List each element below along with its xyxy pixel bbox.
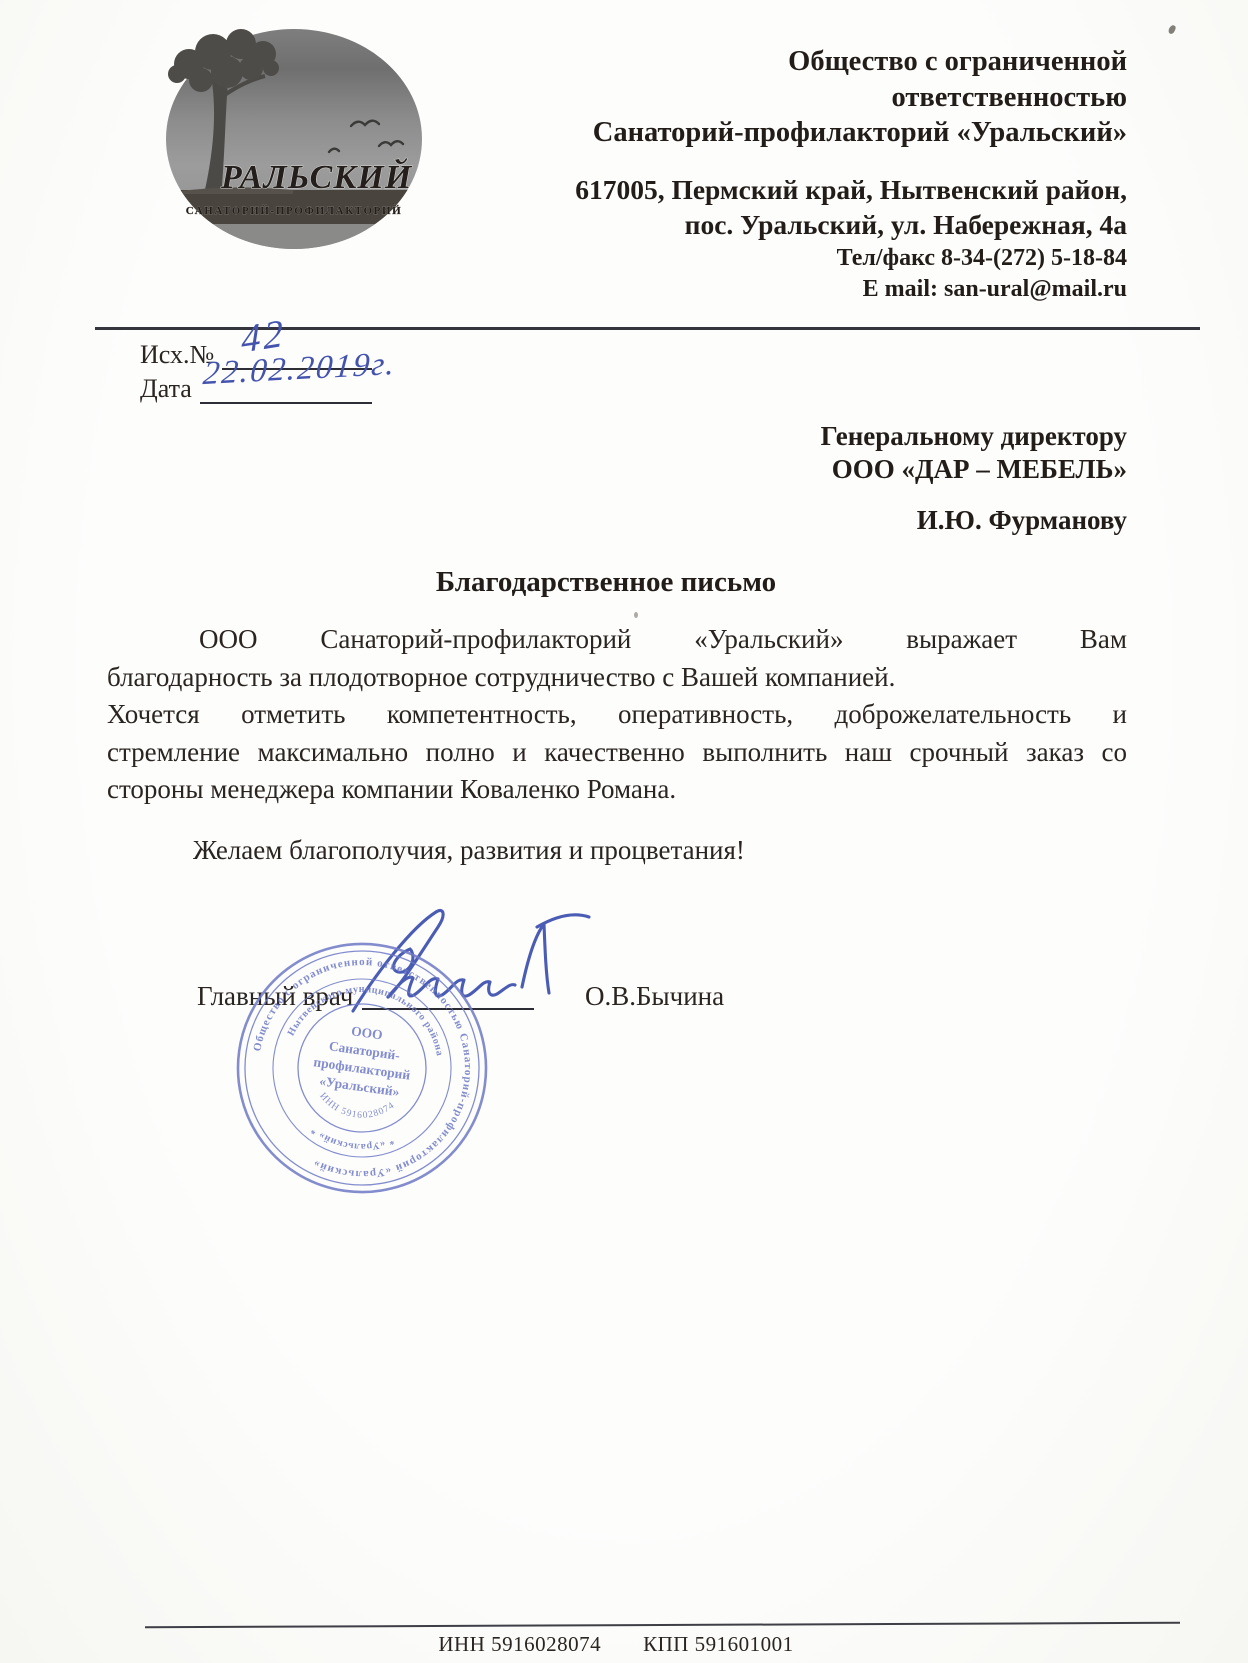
svg-text:ООО: ООО — [350, 1023, 383, 1042]
addressee-line: ООО «ДАР – МЕБЕЛЬ» — [821, 453, 1127, 486]
org-name-line: Общество с ограниченной — [407, 44, 1127, 80]
scan-speck — [1167, 24, 1176, 35]
addressee-line: Генеральному директору — [821, 420, 1127, 453]
addressee-block: Генеральному директору ООО «ДАР – МЕБЕЛЬ… — [821, 420, 1127, 537]
letterhead: Общество с ограниченной ответственностью… — [407, 44, 1127, 305]
org-email: E mail: san-ural@mail.ru — [407, 275, 1127, 305]
body-line: стремление максимально полно и качествен… — [107, 734, 1127, 772]
body-line: благодарность за плодотворное сотрудниче… — [107, 659, 1127, 697]
org-address-line: пос. Уральский, ул. Набережная, 4а — [407, 207, 1127, 242]
org-address-line: 617005, Пермский край, Нытвенский район, — [407, 172, 1127, 207]
body-line: ООО Санаторий-профилакторий «Уральский» … — [107, 621, 1127, 659]
footer-inn: ИНН 5916028074 — [438, 1632, 601, 1656]
footer-divider — [145, 1622, 1180, 1629]
letter-body: ООО Санаторий-профилакторий «Уральский» … — [107, 621, 1127, 870]
date-label: Дата — [140, 374, 192, 403]
logo-caption: САНАТОРИЙ-ПРОФИЛАКТОРИЙ — [186, 205, 403, 217]
closing-line: Желаем благополучия, развития и процвета… — [107, 832, 1127, 870]
seal-center-text: ООО Санаторий- профилакторий «Уральский» — [310, 1019, 416, 1101]
body-line: стороны менеджера компании Коваленко Ром… — [107, 771, 1127, 809]
letter-page: РАЛЬСКИЙ САНАТОРИЙ-ПРОФИЛАКТОРИЙ Обществ… — [0, 0, 1248, 1663]
body-line: Хочется отметить компетентность, операти… — [107, 696, 1127, 734]
org-phone: Тел/факс 8-34-(272) 5-18-84 — [407, 244, 1127, 274]
letter-title: Благодарственное письмо — [0, 566, 1212, 599]
addressee-name: И.Ю. Фурманову — [821, 504, 1127, 537]
signer-name: О.В.Бычина — [585, 981, 724, 1012]
scan-speck — [634, 612, 638, 618]
company-seal: Общество с ограниченной ответственностью… — [211, 917, 514, 1220]
logo-title: РАЛЬСКИЙ — [220, 158, 413, 196]
org-name-line: ответственностью — [407, 80, 1127, 116]
footer-kpp: КПП 591601001 — [643, 1632, 794, 1656]
footer-requisites: ИНН 5916028074КПП 591601001 — [0, 1632, 1232, 1657]
company-logo: РАЛЬСКИЙ САНАТОРИЙ-ПРОФИЛАКТОРИЙ — [163, 24, 431, 256]
org-name-line: Санаторий-профилакторий «Уральский» — [407, 115, 1127, 151]
